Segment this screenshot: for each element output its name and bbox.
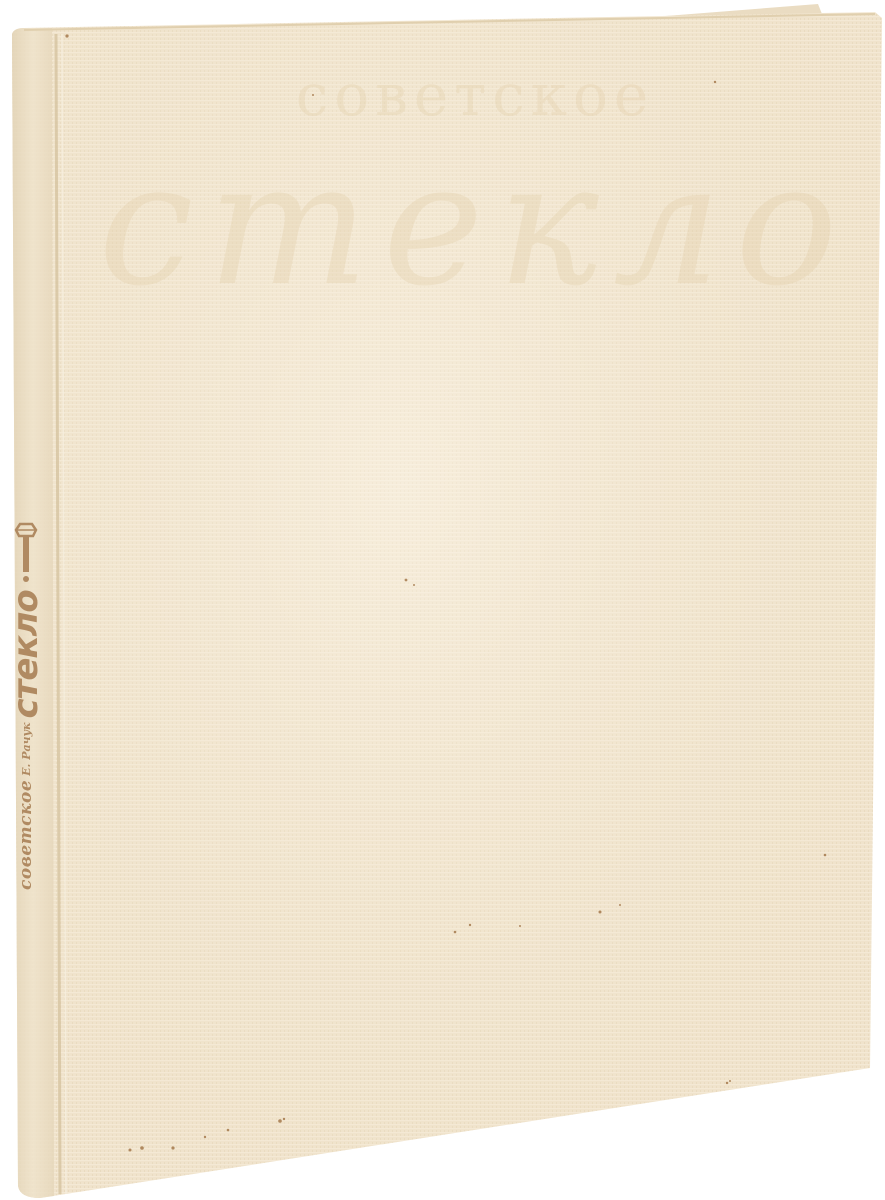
spine-author: Е. Рачук: [21, 722, 32, 775]
book-photo: советское стекло советское Е. Рачук стек…: [0, 0, 885, 1200]
spine-author-name: Е. Рачук: [21, 722, 32, 775]
spine-title-text: стекло: [6, 590, 46, 718]
book-shape: [0, 0, 885, 1200]
spine-label: советское Е. Рачук стекло: [9, 370, 43, 890]
spine-series-text: советское: [16, 780, 36, 890]
glass-goblet-emblem-icon: [14, 522, 38, 582]
